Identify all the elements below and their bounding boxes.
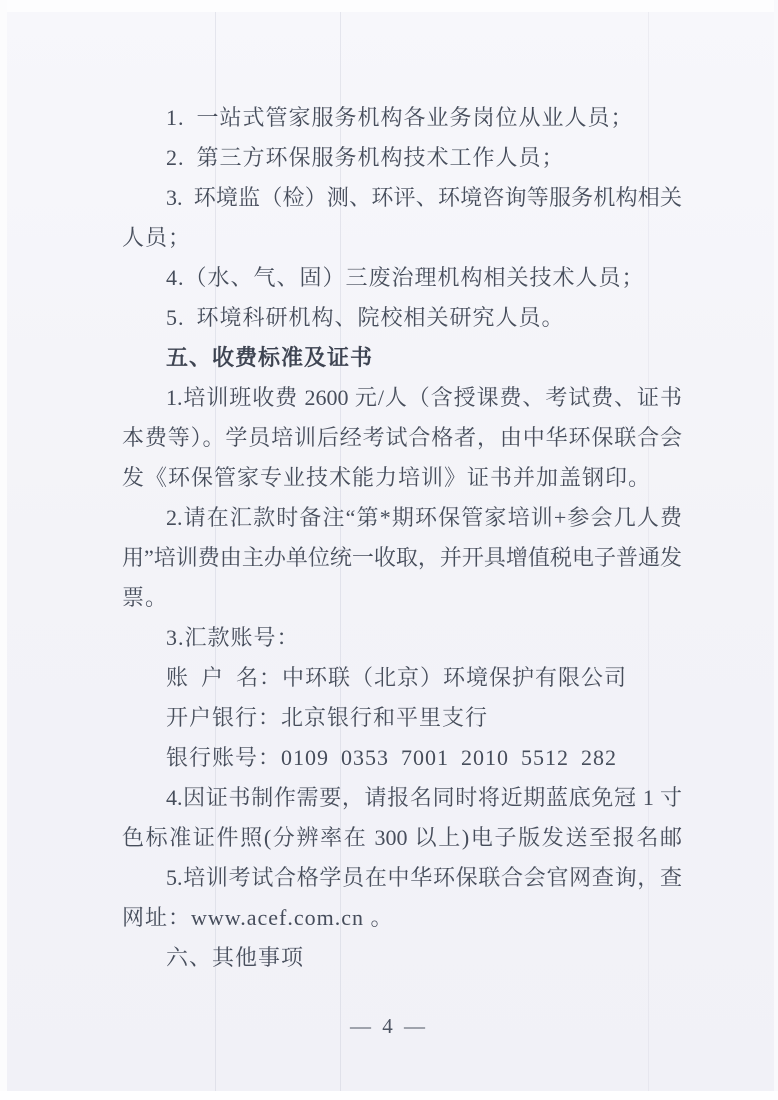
- audience-item-1: 1. 一站式管家服务机构各业务岗位从业人员；: [122, 98, 682, 138]
- scan-edge-right: [774, 0, 778, 1100]
- account-number: 银行账号：0109 0353 7001 2010 5512 282: [122, 738, 682, 778]
- photo-para-line2: 色标准证件照(分辨率在 300 以上)电子版发送至报名邮箱。: [122, 818, 682, 858]
- page-number: — 4 —: [0, 1008, 778, 1044]
- section-heading-other-matters: 六、其他事项: [122, 938, 682, 978]
- query-para-line2-website: 网址：www.acef.com.cn 。: [122, 898, 682, 938]
- remittance-account-label: 3.汇款账号：: [122, 618, 682, 658]
- query-para-line1: 5.培训考试合格学员在中华环保联合会官网查询，查询: [122, 858, 682, 898]
- audience-item-3-line2: 人员；: [122, 218, 682, 258]
- scan-edge-left: [0, 0, 7, 1100]
- document-body: 1. 一站式管家服务机构各业务岗位从业人员； 2. 第三方环保服务机构技术工作人…: [122, 98, 682, 978]
- fee-para-1-line3: 发《环保管家专业技术能力培训》证书并加盖钢印。: [122, 458, 682, 498]
- audience-item-3-line1: 3. 环境监（检）测、环评、环境咨询等服务机构相关: [122, 178, 682, 218]
- account-name: 账 户 名：中环联（北京）环境保护有限公司: [122, 658, 682, 698]
- fee-para-1-line2: 本费等）。学员培训后经考试合格者，由中华环保联合会颁: [122, 418, 682, 458]
- fee-para-2-line3: 票。: [122, 578, 682, 618]
- scan-edge-bottom: [0, 1091, 778, 1100]
- photo-para-line1: 4.因证书制作需要，请报名同时将近期蓝底免冠 1 寸彩: [122, 778, 682, 818]
- fee-para-2-line2: 用”培训费由主办单位统一收取，并开具增值税电子普通发: [122, 538, 682, 578]
- scanned-document-page: 1. 一站式管家服务机构各业务岗位从业人员； 2. 第三方环保服务机构技术工作人…: [0, 0, 778, 1100]
- audience-item-4: 4.（水、气、固）三废治理机构相关技术人员；: [122, 258, 682, 298]
- account-bank: 开户银行：北京银行和平里支行: [122, 698, 682, 738]
- section-heading-fees-and-certificate: 五、收费标准及证书: [122, 338, 682, 378]
- audience-item-2: 2. 第三方环保服务机构技术工作人员；: [122, 138, 682, 178]
- fee-para-1-line1: 1.培训班收费 2600 元/人（含授课费、考试费、证书工: [122, 378, 682, 418]
- scan-edge-top: [0, 0, 778, 12]
- fee-para-2-line1: 2.请在汇款时备注“第*期环保管家培训+参会几人费: [122, 498, 682, 538]
- audience-item-5: 5. 环境科研机构、院校相关研究人员。: [122, 298, 682, 338]
